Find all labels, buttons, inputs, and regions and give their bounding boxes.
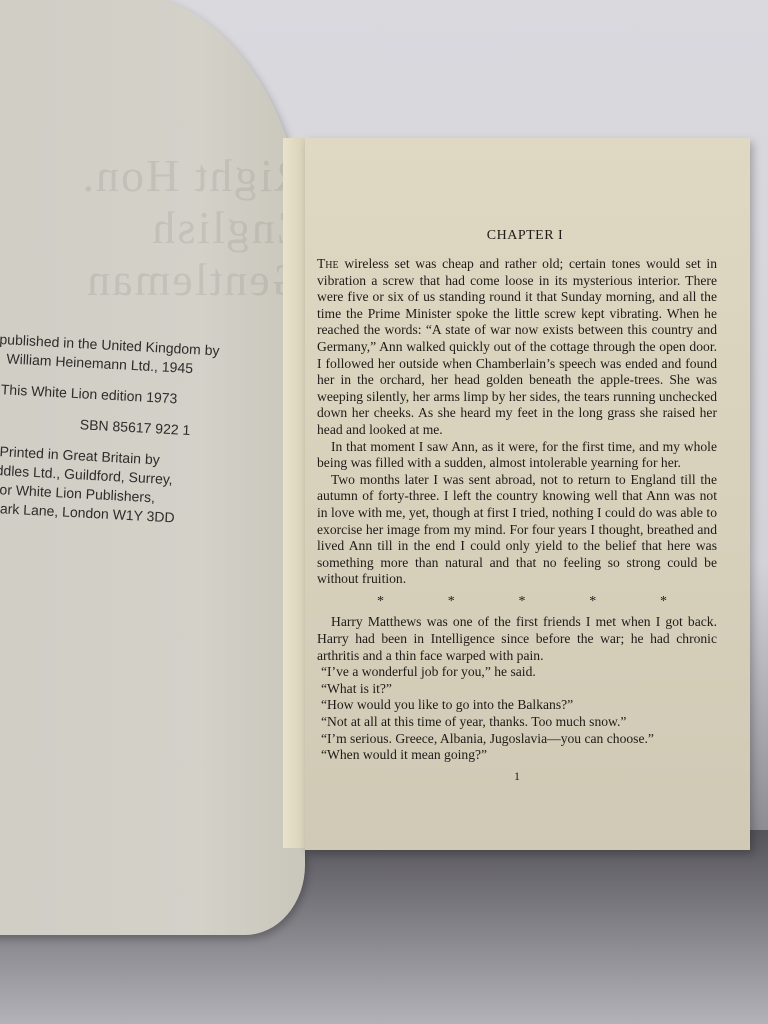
- dialogue-line: “I’ve a wonderful job for you,” he said.: [317, 664, 717, 681]
- asterisk: *: [589, 594, 596, 611]
- left-page: Right Hon. English Gentleman published i…: [0, 0, 305, 935]
- asterisk: *: [377, 594, 384, 611]
- dialogue-line: “I’m serious. Greece, Albania, Jugoslavi…: [317, 731, 717, 748]
- right-page: CHAPTER I The wireless set was cheap and…: [305, 138, 750, 850]
- publication-note: published in the United Kingdom by Willi…: [0, 330, 260, 382]
- printer-note: Printed in Great Britain by iddles Ltd.,…: [0, 442, 254, 532]
- chapter-body: The wireless set was cheap and rather ol…: [317, 256, 717, 784]
- paragraph: Harry Matthews was one of the first frie…: [317, 614, 717, 664]
- dialogue-line: “What is it?”: [317, 681, 717, 698]
- dialogue-line: “Not at all at this time of year, thanks…: [317, 714, 717, 731]
- drop-word: The: [317, 256, 339, 271]
- asterisk: *: [660, 594, 667, 611]
- bleed-through-text: Right Hon. English Gentleman: [0, 150, 305, 306]
- dialogue-line: “When would it mean going?”: [317, 747, 717, 764]
- paragraph: In that moment I saw Ann, as it were, fo…: [317, 439, 717, 472]
- gutter: [283, 138, 305, 848]
- sbn-number: SBN 85617 922 1: [0, 411, 255, 444]
- asterisk: *: [448, 594, 455, 611]
- copyright-imprint: published in the United Kingdom by Willi…: [0, 330, 260, 543]
- paragraph-text: wireless set was cheap and rather old; c…: [317, 256, 717, 437]
- dialogue-line: “How would you like to go into the Balka…: [317, 697, 717, 714]
- asterisk: *: [519, 594, 526, 611]
- paragraph: The wireless set was cheap and rather ol…: [317, 256, 717, 439]
- edition-note: This White Lion edition 1973: [0, 380, 257, 413]
- section-separator: * * * * *: [317, 588, 717, 615]
- page-number: 1: [317, 768, 717, 785]
- chapter-title: CHAPTER I: [315, 228, 735, 245]
- paragraph: Two months later I was sent abroad, not …: [317, 472, 717, 588]
